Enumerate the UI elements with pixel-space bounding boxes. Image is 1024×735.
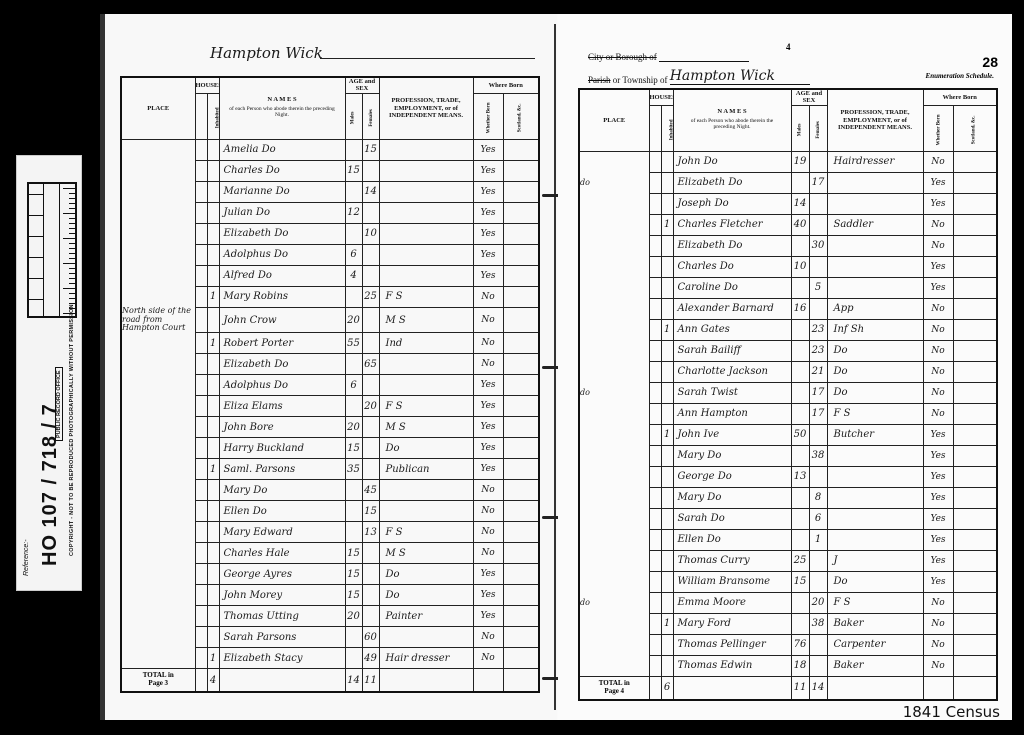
place-cell — [579, 193, 649, 214]
uninhabited-cell — [195, 160, 207, 181]
uninhabited-cell — [195, 244, 207, 265]
born-county-cell: Yes — [473, 417, 503, 438]
uninhabited-cell — [195, 333, 207, 354]
born-county-cell: Yes — [473, 223, 503, 244]
uninhabited-cell — [649, 466, 661, 487]
born-county-cell: No — [923, 340, 953, 361]
born-county-cell: No — [473, 501, 503, 522]
uninhabited-cell — [649, 529, 661, 550]
female-age-cell: 23 — [809, 340, 827, 361]
occupation-cell — [379, 244, 473, 265]
inhabited-cell — [661, 340, 673, 361]
census-row: 1Robert Porter55IndNo — [121, 333, 539, 354]
male-age-cell — [345, 501, 362, 522]
census-row: Eliza Elams20F SYes — [121, 396, 539, 417]
census-row: 1Charles Fletcher40SaddlerNo — [579, 214, 997, 235]
place-cell — [579, 298, 649, 319]
female-age-cell: 13 — [362, 522, 379, 543]
female-age-cell — [362, 244, 379, 265]
occupation-cell — [827, 529, 923, 550]
place-cell — [121, 354, 195, 375]
total-uninhabited — [649, 676, 661, 700]
uninhabited-cell — [195, 564, 207, 585]
inhabited-cell — [207, 307, 219, 332]
born-foreign-cell — [503, 307, 539, 332]
uninhabited-cell — [195, 585, 207, 606]
born-county-cell: Yes — [473, 181, 503, 202]
inhabited-cell — [661, 235, 673, 256]
occupation-cell: Ind — [379, 333, 473, 354]
males-header: Males — [345, 93, 362, 139]
inhabited-cell — [661, 550, 673, 571]
name-cell: Mary Do — [219, 480, 345, 501]
male-age-cell — [345, 627, 362, 648]
occupation-cell — [827, 256, 923, 277]
occupation-cell — [379, 265, 473, 286]
census-row: Charles Do15Yes — [121, 160, 539, 181]
age-sex-header: AGE and SEX — [345, 77, 379, 93]
place-cell — [579, 214, 649, 235]
uninhabited-cell — [195, 354, 207, 375]
inhabited-cell — [661, 193, 673, 214]
born-foreign-cell — [503, 244, 539, 265]
census-row: Ann Hampton17F SNo — [579, 403, 997, 424]
city-borough-line: City or Borough of — [588, 52, 749, 62]
female-age-cell — [362, 585, 379, 606]
name-cell: Elizabeth Stacy — [219, 648, 345, 669]
male-age-cell — [791, 445, 809, 466]
name-cell: Sarah Twist — [673, 382, 791, 403]
born-county-cell: No — [923, 634, 953, 655]
place-cell — [121, 396, 195, 417]
name-cell: Alexander Barnard — [673, 298, 791, 319]
occupation-cell: Baker — [827, 613, 923, 634]
uninhabited-cell — [195, 307, 207, 332]
occupation-cell — [827, 172, 923, 193]
total-page-label: Page 4 — [580, 688, 649, 696]
born-county-cell: Yes — [923, 571, 953, 592]
inhabited-cell — [661, 172, 673, 193]
name-cell: William Bransome — [673, 571, 791, 592]
place-cell — [579, 151, 649, 172]
female-age-cell — [362, 333, 379, 354]
male-age-cell — [791, 277, 809, 298]
inhabited-header: Inhabited — [207, 93, 219, 139]
male-age-cell — [791, 529, 809, 550]
reference-strip: Reference:- HO 107 / 718 / 7 PUBLIC RECO… — [16, 155, 82, 591]
census-row: Adolphus Do6Yes — [121, 375, 539, 396]
occupation-cell: Do — [379, 564, 473, 585]
born-foreign-cell — [953, 256, 997, 277]
female-age-cell: 10 — [362, 223, 379, 244]
inhabited-cell — [661, 256, 673, 277]
census-table-right: PLACE HOUSES N A M E S of each Person wh… — [578, 88, 998, 701]
occupation-cell: F S — [379, 396, 473, 417]
uninhabited-cell — [195, 501, 207, 522]
inhabited-cell — [661, 445, 673, 466]
page-number: 4 — [786, 42, 791, 52]
uninhabited-cell — [649, 634, 661, 655]
male-age-cell — [791, 403, 809, 424]
parish-name: Hampton Wick — [210, 44, 323, 62]
place-cell — [579, 634, 649, 655]
female-age-cell: 14 — [362, 181, 379, 202]
born-foreign-cell — [953, 487, 997, 508]
male-age-cell: 12 — [345, 202, 362, 223]
female-age-cell — [362, 265, 379, 286]
place-cell — [121, 564, 195, 585]
uninhabited-cell — [649, 172, 661, 193]
male-age-cell: 55 — [345, 333, 362, 354]
female-age-cell: 21 — [809, 361, 827, 382]
occupation-cell: Do — [379, 438, 473, 459]
name-cell: Thomas Edwin — [673, 655, 791, 676]
census-row: John Morey15DoYes — [121, 585, 539, 606]
place-cell — [121, 265, 195, 286]
occupation-cell: Inf Sh — [827, 319, 923, 340]
born-foreign-cell — [503, 522, 539, 543]
male-age-cell — [345, 648, 362, 669]
total-row: TOTAL inPage 341411 — [121, 669, 539, 693]
inhabited-cell — [207, 223, 219, 244]
born-foreign-cell — [953, 235, 997, 256]
inhabited-cell: 1 — [207, 648, 219, 669]
born-foreign-cell — [953, 172, 997, 193]
male-age-cell — [791, 613, 809, 634]
public-record-office-label: PUBLIC RECORD OFFICE — [55, 367, 63, 441]
born-foreign-cell — [953, 193, 997, 214]
uninhabited-cell — [195, 265, 207, 286]
male-age-cell: 6 — [345, 375, 362, 396]
uninhabited-cell — [195, 522, 207, 543]
born-county-cell: No — [473, 480, 503, 501]
place-cell — [121, 585, 195, 606]
male-age-cell — [791, 592, 809, 613]
census-row: Elizabeth Do30No — [579, 235, 997, 256]
occupation-cell: Butcher — [827, 424, 923, 445]
place-cell — [121, 417, 195, 438]
occupation-cell: Painter — [379, 606, 473, 627]
name-cell: Elizabeth Do — [673, 172, 791, 193]
occupation-cell: Hair dresser — [379, 648, 473, 669]
born-county-cell: No — [923, 613, 953, 634]
born-foreign-cell — [953, 655, 997, 676]
born-county-cell: Yes — [923, 256, 953, 277]
female-age-cell: 8 — [809, 487, 827, 508]
inhabited-cell — [661, 655, 673, 676]
female-age-cell — [809, 466, 827, 487]
total-label: TOTAL inPage 4 — [579, 676, 649, 700]
uninhabited-cell — [195, 648, 207, 669]
total-occ-blank — [827, 676, 923, 700]
age-sex-header: AGE and SEX — [791, 89, 827, 105]
uninhabited-cell — [195, 139, 207, 160]
born-foreign-cell — [953, 571, 997, 592]
inhabited-cell — [207, 564, 219, 585]
uninhabited-cell — [649, 487, 661, 508]
born-county-cell: No — [923, 151, 953, 172]
inhabited-cell — [207, 375, 219, 396]
female-age-cell: 15 — [362, 501, 379, 522]
female-age-cell — [362, 606, 379, 627]
male-age-cell — [345, 396, 362, 417]
occupation-cell — [827, 445, 923, 466]
born-county-cell: Yes — [473, 396, 503, 417]
male-age-cell: 13 — [791, 466, 809, 487]
uninhabited-cell — [649, 613, 661, 634]
inhabited-cell: 1 — [207, 459, 219, 480]
inhabited-cell — [207, 244, 219, 265]
census-row: Elizabeth Do10Yes — [121, 223, 539, 244]
place-cell — [121, 648, 195, 669]
census-row: Harry Buckland15DoYes — [121, 438, 539, 459]
male-age-cell — [791, 382, 809, 403]
male-age-cell: 15 — [791, 571, 809, 592]
inhabited-cell — [661, 466, 673, 487]
place-cell — [121, 244, 195, 265]
total-foreign-blank — [953, 676, 997, 700]
inhabited-cell — [207, 181, 219, 202]
occupation-cell: Do — [379, 585, 473, 606]
born-county-cell: Yes — [923, 529, 953, 550]
place-cell — [121, 438, 195, 459]
born-county-cell: No — [473, 543, 503, 564]
female-age-cell — [362, 438, 379, 459]
uninhabited-cell — [195, 375, 207, 396]
copyright-notice: COPYRIGHT - NOT TO BE REPRODUCED PHOTOGR… — [69, 304, 75, 556]
born-foreign-cell — [953, 382, 997, 403]
uninhabited-cell — [649, 445, 661, 466]
uninhabited-cell — [195, 202, 207, 223]
inhabited-cell — [207, 354, 219, 375]
born-county-cell: Yes — [923, 466, 953, 487]
occupation-cell — [827, 466, 923, 487]
occupation-cell — [379, 202, 473, 223]
occupation-cell: M S — [379, 307, 473, 332]
census-book: 3 Hampton Wick PLACE HOUSES N A M E S of… — [100, 14, 1012, 720]
male-age-cell — [791, 361, 809, 382]
census-rows-left: Amelia Do15YesCharles Do15YesMarianne Do… — [121, 139, 539, 692]
born-county-cell: No — [473, 627, 503, 648]
born-county-cell: Yes — [473, 606, 503, 627]
place-header: PLACE — [579, 89, 649, 151]
name-cell: Caroline Do — [673, 277, 791, 298]
born-foreign-cell — [953, 424, 997, 445]
census-row: Ellen Do15No — [121, 501, 539, 522]
born-foreign-cell — [503, 139, 539, 160]
uninhabited-cell — [649, 298, 661, 319]
female-age-cell — [362, 375, 379, 396]
place-cell — [579, 424, 649, 445]
name-cell: Thomas Utting — [219, 606, 345, 627]
names-subtitle: of each Person who abode therein the pre… — [220, 104, 345, 121]
born-foreign-cell — [503, 181, 539, 202]
born-foreign-cell — [503, 265, 539, 286]
census-row: doSarah Twist17DoNo — [579, 382, 997, 403]
uninhabited-cell — [649, 508, 661, 529]
occupation-cell — [827, 235, 923, 256]
male-age-cell — [791, 319, 809, 340]
uninhabited-cell — [649, 340, 661, 361]
place-cell — [579, 235, 649, 256]
male-age-cell: 16 — [791, 298, 809, 319]
occupation-cell — [827, 508, 923, 529]
uninhabited-header: Uninhabited or Building — [649, 105, 661, 151]
place-cell — [579, 466, 649, 487]
houses-header: HOUSES — [649, 89, 673, 105]
right-page: 4 28 City or Borough of Parish or Townsh… — [558, 14, 1012, 720]
male-age-cell: 25 — [791, 550, 809, 571]
inhabited-cell — [207, 480, 219, 501]
born-foreign-cell — [503, 627, 539, 648]
born-same-county-header: Whether Born — [473, 93, 503, 139]
place-cell: North side of the road from Hampton Cour… — [121, 307, 195, 332]
place-cell — [579, 277, 649, 298]
male-age-cell: 20 — [345, 417, 362, 438]
inhabited-cell — [207, 202, 219, 223]
census-row: 1Saml. Parsons35PublicanYes — [121, 459, 539, 480]
census-row: Joseph Do14Yes — [579, 193, 997, 214]
born-foreign-cell — [953, 151, 997, 172]
name-cell: Thomas Curry — [673, 550, 791, 571]
male-age-cell: 15 — [345, 543, 362, 564]
name-cell: John Morey — [219, 585, 345, 606]
place-cell — [121, 501, 195, 522]
inhabited-cell — [661, 592, 673, 613]
male-age-cell: 76 — [791, 634, 809, 655]
name-cell: Charles Hale — [219, 543, 345, 564]
male-age-cell: 18 — [791, 655, 809, 676]
born-foreign-cell — [953, 613, 997, 634]
place-cell — [121, 202, 195, 223]
male-age-cell — [345, 223, 362, 244]
name-cell: John Bore — [219, 417, 345, 438]
occupation-cell — [827, 193, 923, 214]
born-county-cell: No — [473, 522, 503, 543]
male-age-cell: 4 — [345, 265, 362, 286]
name-cell: Charles Fletcher — [673, 214, 791, 235]
name-cell: George Do — [673, 466, 791, 487]
census-row: 1Mary Ford38BakerNo — [579, 613, 997, 634]
total-born-blank — [473, 669, 503, 693]
total-page-label: Page 3 — [122, 680, 195, 688]
female-age-cell — [362, 459, 379, 480]
female-age-cell — [809, 256, 827, 277]
born-foreign-cell — [503, 564, 539, 585]
born-foreign-cell — [503, 354, 539, 375]
census-row: 1Ann Gates23Inf ShNo — [579, 319, 997, 340]
name-cell: Marianne Do — [219, 181, 345, 202]
census-row: Charlotte Jackson21DoNo — [579, 361, 997, 382]
place-cell: do — [579, 592, 649, 613]
born-foreign-cell — [503, 223, 539, 244]
total-females: 11 — [362, 669, 379, 693]
name-cell: Elizabeth Do — [219, 354, 345, 375]
born-foreign-cell — [503, 648, 539, 669]
place-cell — [579, 571, 649, 592]
born-foreign-cell — [953, 508, 997, 529]
born-county-cell: No — [923, 235, 953, 256]
township-line: Parish or Township of Hampton Wick — [588, 68, 810, 85]
female-age-cell: 38 — [809, 613, 827, 634]
inhabited-cell — [207, 396, 219, 417]
born-county-cell: Yes — [923, 193, 953, 214]
born-county-cell: Yes — [923, 550, 953, 571]
born-county-cell: No — [473, 286, 503, 307]
total-females: 14 — [809, 676, 827, 700]
female-age-cell — [809, 634, 827, 655]
uninhabited-cell — [649, 235, 661, 256]
place-cell — [579, 445, 649, 466]
names-header: N A M E S of each Person who abode there… — [673, 89, 791, 151]
female-age-cell: 17 — [809, 382, 827, 403]
inhabited-header: Inhabited — [661, 105, 673, 151]
uninhabited-cell — [649, 151, 661, 172]
male-age-cell — [345, 522, 362, 543]
born-foreign-cell — [503, 501, 539, 522]
born-foreign-cell — [503, 585, 539, 606]
place-cell — [579, 403, 649, 424]
female-age-cell: 1 — [809, 529, 827, 550]
census-row: doElizabeth Do17Yes — [579, 172, 997, 193]
born-foreign-cell — [503, 438, 539, 459]
where-born-header: Where Born — [923, 89, 997, 105]
uninhabited-cell — [649, 277, 661, 298]
name-cell: Saml. Parsons — [219, 459, 345, 480]
census-row: Charles Hale15M SNo — [121, 543, 539, 564]
born-county-cell: Yes — [923, 424, 953, 445]
name-cell: Harry Buckland — [219, 438, 345, 459]
inhabited-cell — [661, 298, 673, 319]
census-row: Alfred Do4Yes — [121, 265, 539, 286]
name-cell: Charles Do — [673, 256, 791, 277]
female-age-cell: 49 — [362, 648, 379, 669]
total-occ-blank — [379, 669, 473, 693]
born-foreign-cell — [953, 592, 997, 613]
census-row: Sarah Do6Yes — [579, 508, 997, 529]
born-foreign-cell — [503, 160, 539, 181]
name-cell: Charles Do — [219, 160, 345, 181]
census-row: Charles Do10Yes — [579, 256, 997, 277]
born-county-cell: No — [473, 307, 503, 332]
occupation-cell: J — [827, 550, 923, 571]
total-males: 11 — [791, 676, 809, 700]
total-inhabited: 6 — [661, 676, 673, 700]
occupation-cell — [379, 627, 473, 648]
name-cell: Eliza Elams — [219, 396, 345, 417]
female-age-cell — [809, 424, 827, 445]
name-cell: George Ayres — [219, 564, 345, 585]
male-age-cell — [791, 172, 809, 193]
born-county-cell: Yes — [923, 277, 953, 298]
born-foreign-header: Scotland, &c. — [953, 105, 997, 151]
inhabited-cell: 1 — [207, 286, 219, 307]
occupation-cell — [379, 223, 473, 244]
names-header: N A M E S of each Person who abode there… — [219, 77, 345, 139]
houses-header: HOUSES — [195, 77, 219, 93]
census-row: Mary Edward13F SNo — [121, 522, 539, 543]
place-cell — [121, 627, 195, 648]
male-age-cell: 20 — [345, 307, 362, 332]
uninhabited-cell — [649, 382, 661, 403]
uninhabited-cell — [195, 480, 207, 501]
names-title: N A M E S — [674, 108, 791, 115]
occupation-cell: App — [827, 298, 923, 319]
name-cell: Mary Edward — [219, 522, 345, 543]
born-county-cell: No — [473, 354, 503, 375]
occupation-cell: Saddler — [827, 214, 923, 235]
inhabited-cell — [661, 361, 673, 382]
